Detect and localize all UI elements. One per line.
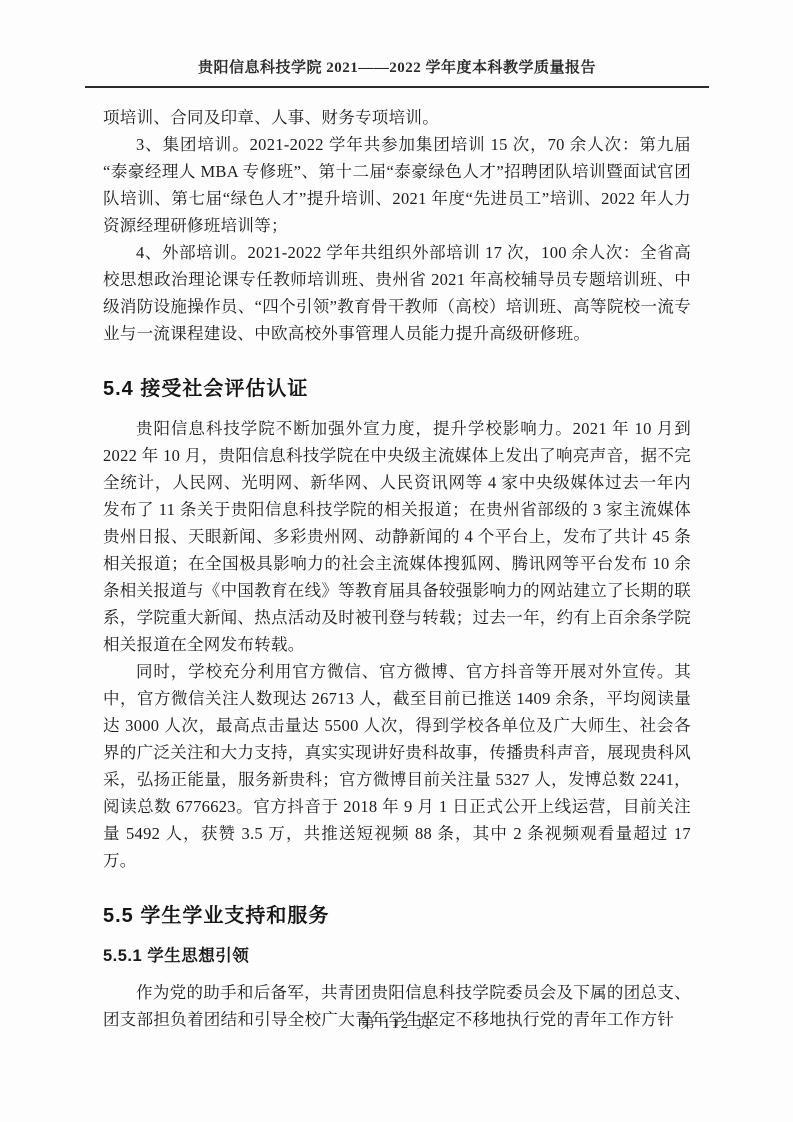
document-page: 贵阳信息科技学院 2021——2022 学年度本科教学质量报告 项培训、合同及印… (0, 0, 793, 1122)
page-number-suffix: 页 (416, 1016, 433, 1032)
section-heading-5-5: 5.5 学生学业支持和服务 (103, 903, 691, 929)
header-title: 贵阳信息科技学院 2021——2022 学年度本科教学质量报告 (85, 56, 709, 77)
running-header: 贵阳信息科技学院 2021——2022 学年度本科教学质量报告 (85, 56, 709, 88)
subsection-heading-5-5-1: 5.5.1 学生思想引领 (103, 945, 691, 967)
document-body: 项培训、合同及印章、人事、财务专项培训。 3、集团培训。2021-2022 学年… (103, 104, 691, 1033)
paragraph-media-coverage: 贵阳信息科技学院不断加强外宣力度，提升学校影响力。2021 年 10 月到 20… (103, 415, 691, 658)
section-heading-5-4: 5.4 接受社会评估认证 (103, 376, 691, 402)
paragraph-group-training: 3、集团培训。2021-2022 学年共参加集团培训 15 次，70 余人次：第… (103, 131, 691, 239)
page-number-prefix: 第 (360, 1016, 377, 1032)
page-number: 112 (383, 1016, 410, 1032)
paragraph-external-training: 4、外部培训。2021-2022 学年共组织外部培训 17 次，100 余人次：… (103, 239, 691, 347)
paragraph-continuation: 项培训、合同及印章、人事、财务专项培训。 (103, 104, 691, 131)
page-footer: 第112页 (0, 1012, 793, 1033)
paragraph-social-media: 同时，学校充分利用官方微信、官方微博、官方抖音等开展对外宣传。其中，官方微信关注… (103, 658, 691, 874)
